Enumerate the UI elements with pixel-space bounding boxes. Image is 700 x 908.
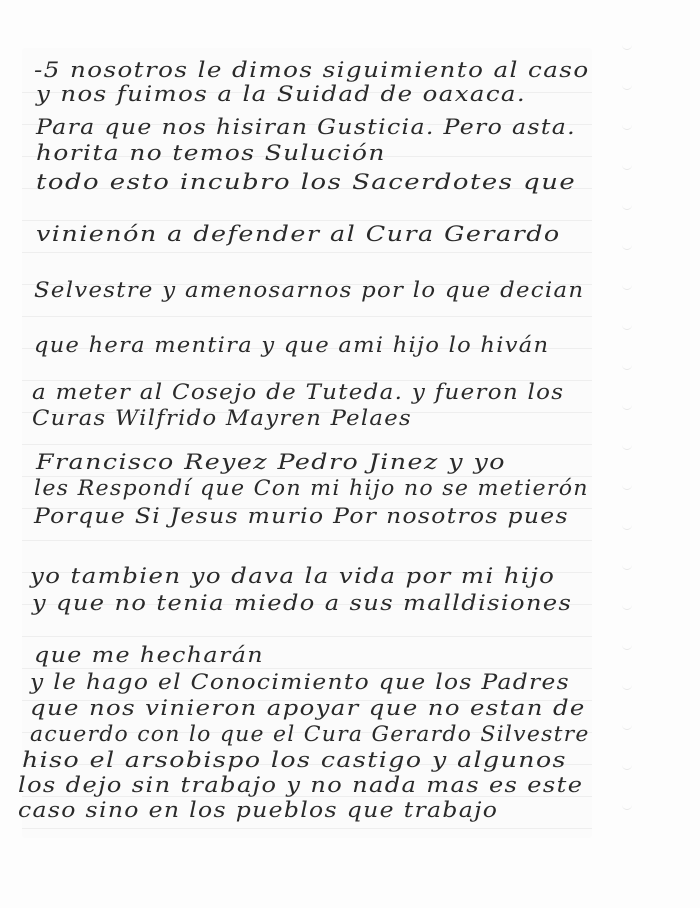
margin-tick	[622, 645, 632, 650]
margin-tick	[622, 805, 632, 810]
text-line: y que no tenia miedo a sus malldisiones	[32, 593, 572, 614]
text-line: todo esto incubro los Sacerdotes que	[36, 172, 576, 193]
ruled-line	[22, 668, 592, 669]
text-line: que nos vinieron apoyar que no estan de	[30, 698, 586, 719]
text-line: que me hecharán	[34, 645, 264, 666]
ruled-line	[22, 444, 592, 445]
text-line: a meter al Cosejo de Tuteda. y fueron lo…	[32, 382, 564, 403]
text-line: vinienón a defender al Cura Gerardo	[36, 224, 561, 245]
text-line: Para que nos hisiran Gusticia. Pero asta…	[36, 117, 576, 138]
margin-tick	[622, 245, 632, 250]
text-line: les Respondí que Con mi hijo no se metie…	[34, 478, 589, 499]
margin-tick	[622, 525, 632, 530]
ruled-line	[22, 316, 592, 317]
margin-tick	[622, 45, 632, 50]
text-line: Francisco Reyez Pedro Jinez y yo	[36, 452, 506, 473]
text-line: Selvestre y amenosarnos por lo que decia…	[34, 280, 584, 301]
ruled-line	[22, 540, 592, 541]
margin-tick	[622, 325, 632, 330]
margin-tick	[622, 725, 632, 730]
ruled-line	[22, 220, 592, 221]
text-line: Curas Wilfrido Mayren Pelaes	[32, 408, 412, 429]
text-line: horita no temos Sulución	[36, 143, 386, 164]
text-line: caso sino en los pueblos que trabajo	[18, 800, 498, 821]
text-line: Porque Si Jesus murio Por nosotros pues	[34, 506, 569, 527]
margin-tick	[622, 85, 632, 90]
text-line: yo tambien yo dava la vida por mi hijo	[30, 566, 555, 587]
margin-tick	[622, 605, 632, 610]
margin-tick	[622, 205, 632, 210]
text-line: acuerdo con lo que el Cura Gerardo Silve…	[30, 724, 590, 745]
margin-tick	[622, 445, 632, 450]
margin-tick	[622, 285, 632, 290]
text-line: que hera mentira y que ami hijo lo hiván	[34, 335, 549, 356]
text-line: y nos fuimos a la Suidad de oaxaca.	[36, 84, 526, 105]
ruled-line	[22, 828, 592, 829]
ruled-line	[22, 636, 592, 637]
text-line: hiso el arsobispo los castigo y algunos	[22, 750, 567, 771]
text-line: -5 nosotros le dimos siguimiento al caso	[34, 60, 590, 81]
margin-tick	[622, 365, 632, 370]
text-line: y le hago el Conocimiento que los Padres	[30, 672, 570, 693]
handwritten-page: -5 nosotros le dimos siguimiento al caso…	[0, 0, 700, 908]
margin-tick	[622, 565, 632, 570]
margin-tick	[622, 405, 632, 410]
margin-tick	[622, 125, 632, 130]
margin-tick	[622, 165, 632, 170]
margin-tick	[622, 485, 632, 490]
text-line: los dejo sin trabajo y no nada mas es es…	[18, 775, 583, 796]
margin-tick	[622, 765, 632, 770]
ruled-line	[22, 252, 592, 253]
margin-tick	[622, 685, 632, 690]
